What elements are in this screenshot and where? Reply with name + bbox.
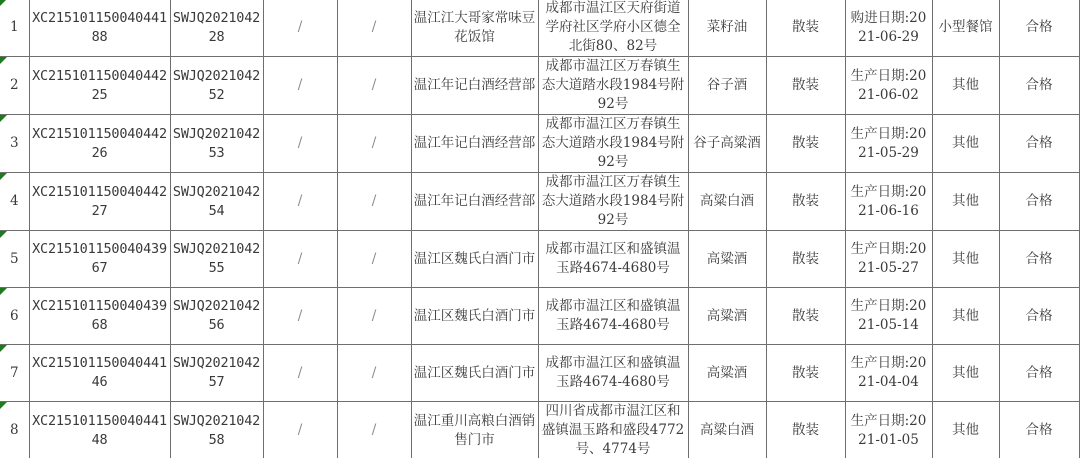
table-row: 8 XC21510115004044148 SWJQ202104258 / / … xyxy=(0,402,1079,458)
batch-number-cell[interactable]: SWJQ202104253 xyxy=(170,115,263,173)
address-cell[interactable]: 成都市温江区和盛镇温玉路4674-4680号 xyxy=(538,288,688,345)
store-name-cell[interactable]: 温江重川高粮白酒销售门市 xyxy=(411,402,538,458)
packaging-cell[interactable]: 散装 xyxy=(766,0,845,57)
row-index-cell[interactable]: 7 xyxy=(0,345,29,402)
row-index-cell[interactable]: 8 xyxy=(0,402,29,458)
batch-number-cell[interactable]: SWJQ202104228 xyxy=(170,0,263,57)
row-index: 6 xyxy=(10,308,19,324)
row-index-cell[interactable]: 5 xyxy=(0,231,29,288)
empty-field-cell[interactable]: / xyxy=(263,345,337,402)
sample-code-cell[interactable]: XC21510115004044148 xyxy=(29,402,170,458)
business-type-cell[interactable]: 小型餐馆 xyxy=(932,0,999,57)
empty-field-cell[interactable]: / xyxy=(263,402,337,458)
business-type-cell[interactable]: 其他 xyxy=(932,231,999,288)
packaging-cell[interactable]: 散装 xyxy=(766,345,845,402)
row-index-cell[interactable]: 6 xyxy=(0,288,29,345)
empty-field-cell[interactable]: / xyxy=(337,402,411,458)
address-cell[interactable]: 成都市温江区和盛镇温玉路4674-4680号 xyxy=(538,231,688,288)
row-index-cell[interactable]: 4 xyxy=(0,173,29,231)
result-cell[interactable]: 合格 xyxy=(999,288,1079,345)
address-cell[interactable]: 成都市温江区天府街道学府社区学府小区德全北街80、82号 xyxy=(538,0,688,57)
store-name-cell[interactable]: 温江区魏氏白酒门市 xyxy=(411,345,538,402)
store-name-cell[interactable]: 温江年记白酒经营部 xyxy=(411,173,538,231)
empty-field-cell[interactable]: / xyxy=(263,115,337,173)
result-cell[interactable]: 合格 xyxy=(999,231,1079,288)
sample-code-cell[interactable]: XC21510115004044226 xyxy=(29,115,170,173)
date-cell[interactable]: 生产日期:2021-06-02 xyxy=(845,57,932,115)
product-name-cell[interactable]: 高粱白酒 xyxy=(688,402,766,458)
empty-field-cell[interactable]: / xyxy=(263,0,337,57)
batch-number-cell[interactable]: SWJQ202104257 xyxy=(170,345,263,402)
business-type-cell[interactable]: 其他 xyxy=(932,173,999,231)
table-body: 1 XC21510115004044188 SWJQ202104228 / / … xyxy=(0,0,1079,458)
product-name-cell[interactable]: 谷子酒 xyxy=(688,57,766,115)
row-index: 3 xyxy=(10,135,19,151)
business-type-cell[interactable]: 其他 xyxy=(932,288,999,345)
empty-field-cell[interactable]: / xyxy=(263,231,337,288)
store-name-cell[interactable]: 温江江大哥家常味豆花饭馆 xyxy=(411,0,538,57)
sample-code-cell[interactable]: XC21510115004044188 xyxy=(29,0,170,57)
packaging-cell[interactable]: 散装 xyxy=(766,57,845,115)
table-row: 6 XC21510115004043968 SWJQ202104256 / / … xyxy=(0,288,1079,345)
empty-field-cell[interactable]: / xyxy=(337,57,411,115)
table-row: 7 XC21510115004044146 SWJQ202104257 / / … xyxy=(0,345,1079,402)
table-row: 1 XC21510115004044188 SWJQ202104228 / / … xyxy=(0,0,1079,57)
row-index: 1 xyxy=(10,19,19,35)
row-index: 8 xyxy=(10,422,19,438)
sample-code-cell[interactable]: XC21510115004043968 xyxy=(29,288,170,345)
result-cell[interactable]: 合格 xyxy=(999,57,1079,115)
empty-field-cell[interactable]: / xyxy=(337,0,411,57)
result-cell[interactable]: 合格 xyxy=(999,115,1079,173)
comment-marker-icon xyxy=(0,173,7,180)
sample-code-cell[interactable]: XC21510115004043967 xyxy=(29,231,170,288)
store-name-cell[interactable]: 温江区魏氏白酒门市 xyxy=(411,231,538,288)
table-row: 3 XC21510115004044226 SWJQ202104253 / / … xyxy=(0,115,1079,173)
empty-field-cell[interactable]: / xyxy=(337,173,411,231)
business-type-cell[interactable]: 其他 xyxy=(932,57,999,115)
product-name-cell[interactable]: 高粱酒 xyxy=(688,288,766,345)
packaging-cell[interactable]: 散装 xyxy=(766,115,845,173)
inspection-results-table: 1 XC21510115004044188 SWJQ202104228 / / … xyxy=(0,0,1080,458)
store-name-cell[interactable]: 温江年记白酒经营部 xyxy=(411,115,538,173)
business-type-cell[interactable]: 其他 xyxy=(932,115,999,173)
date-cell[interactable]: 生产日期:2021-05-29 xyxy=(845,115,932,173)
empty-field-cell[interactable]: / xyxy=(263,173,337,231)
packaging-cell[interactable]: 散装 xyxy=(766,288,845,345)
table-row: 2 XC21510115004044225 SWJQ202104252 / / … xyxy=(0,57,1079,115)
product-name-cell[interactable]: 高粱酒 xyxy=(688,345,766,402)
packaging-cell[interactable]: 散装 xyxy=(766,402,845,458)
batch-number-cell[interactable]: SWJQ202104258 xyxy=(170,402,263,458)
result-cell[interactable]: 合格 xyxy=(999,173,1079,231)
sample-code-cell[interactable]: XC21510115004044146 xyxy=(29,345,170,402)
comment-marker-icon xyxy=(0,345,7,352)
empty-field-cell[interactable]: / xyxy=(263,57,337,115)
row-index-cell[interactable]: 1 xyxy=(0,0,29,57)
row-index: 7 xyxy=(10,365,19,381)
comment-marker-icon xyxy=(0,231,7,238)
date-cell[interactable]: 生产日期:2021-05-27 xyxy=(845,231,932,288)
row-index-cell[interactable]: 2 xyxy=(0,57,29,115)
packaging-cell[interactable]: 散装 xyxy=(766,231,845,288)
batch-number-cell[interactable]: SWJQ202104255 xyxy=(170,231,263,288)
address-cell[interactable]: 成都市温江区万春镇生态大道踏水段1984号附92号 xyxy=(538,115,688,173)
table-row: 4 XC21510115004044227 SWJQ202104254 / / … xyxy=(0,173,1079,231)
date-cell[interactable]: 生产日期:2021-05-14 xyxy=(845,288,932,345)
product-name-cell[interactable]: 谷子高粱酒 xyxy=(688,115,766,173)
date-cell[interactable]: 生产日期:2021-04-04 xyxy=(845,345,932,402)
comment-marker-icon xyxy=(0,402,7,409)
comment-marker-icon xyxy=(0,57,7,64)
result-cell[interactable]: 合格 xyxy=(999,402,1079,458)
business-type-cell[interactable]: 其他 xyxy=(932,402,999,458)
sample-code-cell[interactable]: XC21510115004044227 xyxy=(29,173,170,231)
address-cell[interactable]: 成都市温江区万春镇生态大道踏水段1984号附92号 xyxy=(538,173,688,231)
address-cell[interactable]: 成都市温江区万春镇生态大道踏水段1984号附92号 xyxy=(538,57,688,115)
address-cell[interactable]: 成都市温江区和盛镇温玉路4674-4680号 xyxy=(538,345,688,402)
result-cell[interactable]: 合格 xyxy=(999,345,1079,402)
empty-field-cell[interactable]: / xyxy=(337,345,411,402)
date-cell[interactable]: 生产日期:2021-01-05 xyxy=(845,402,932,458)
empty-field-cell[interactable]: / xyxy=(337,115,411,173)
empty-field-cell[interactable]: / xyxy=(337,288,411,345)
sample-code-cell[interactable]: XC21510115004044225 xyxy=(29,57,170,115)
comment-marker-icon xyxy=(0,288,7,295)
batch-number-cell[interactable]: SWJQ202104256 xyxy=(170,288,263,345)
row-index: 4 xyxy=(10,193,19,209)
row-index-cell[interactable]: 3 xyxy=(0,115,29,173)
empty-field-cell[interactable]: / xyxy=(337,231,411,288)
batch-number-cell[interactable]: SWJQ202104252 xyxy=(170,57,263,115)
date-cell[interactable]: 生产日期:2021-06-16 xyxy=(845,173,932,231)
packaging-cell[interactable]: 散装 xyxy=(766,173,845,231)
table-row: 5 XC21510115004043967 SWJQ202104255 / / … xyxy=(0,231,1079,288)
empty-field-cell[interactable]: / xyxy=(263,288,337,345)
row-index: 2 xyxy=(10,77,19,93)
product-name-cell[interactable]: 高粱酒 xyxy=(688,231,766,288)
store-name-cell[interactable]: 温江区魏氏白酒门市 xyxy=(411,288,538,345)
row-index: 5 xyxy=(10,251,19,267)
address-cell[interactable]: 四川省成都市温江区和盛镇温玉路和盛段4772号、4774号 xyxy=(538,402,688,458)
business-type-cell[interactable]: 其他 xyxy=(932,345,999,402)
comment-marker-icon xyxy=(0,115,7,122)
comment-marker-icon xyxy=(0,0,7,6)
product-name-cell[interactable]: 高粱白酒 xyxy=(688,173,766,231)
batch-number-cell[interactable]: SWJQ202104254 xyxy=(170,173,263,231)
store-name-cell[interactable]: 温江年记白酒经营部 xyxy=(411,57,538,115)
result-cell[interactable]: 合格 xyxy=(999,0,1079,57)
date-cell[interactable]: 购进日期:2021-06-29 xyxy=(845,0,932,57)
product-name-cell[interactable]: 菜籽油 xyxy=(688,0,766,57)
